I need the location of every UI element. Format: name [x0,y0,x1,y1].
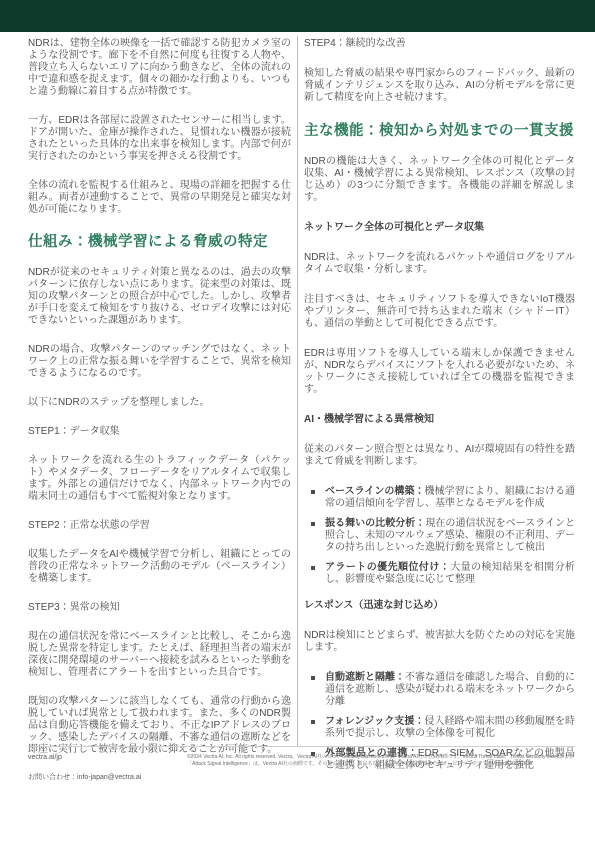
behavior-learning-paragraph: NDRの場合、攻撃パターンのマッチングではなく、ネットワーク上の正常な振る舞いを… [28,344,291,380]
visibility-paragraph-3: EDRは専用ソフトを導入している端末しか保護できませんが、NDRならデバイスにソ… [304,348,575,396]
subheading-ai-detection: AI・機械学習による異常検知 [304,414,575,426]
bullet-term: 振る舞いの比較分析： [325,518,425,529]
combined-monitoring-paragraph: 全体の流れを監視する仕組みと、現場の詳細を把握する仕組み。両者が連動することで、… [28,180,291,216]
visibility-paragraph-2: 注目すべきは、セキュリティソフトを導入できないIoT機器やプリンター、無許可で持… [304,294,575,330]
bullet-square-icon [311,720,315,724]
right-column: STEP4：継続的な改善 検知した脅威の結果や専門家からのフィードバック、最新の… [304,38,575,786]
visibility-paragraph-1: NDRは、ネットワークを流れるパケットや通信ログをリアルタイムで収集・分析します… [304,252,575,276]
document-page: { "theme": { "topbar_color": "#0d3a2b", … [0,0,595,842]
step3-label: STEP3：異常の検知 [28,602,291,614]
ai-detection-paragraph: 従来のパターン照合型とは異なり、AIが環境固有の特性を踏まえて脅威を判断します。 [304,444,575,468]
step1-paragraph: ネットワークを流れる生のトラフィックデータ（パケット）やメタデータ、フローデータ… [28,455,291,503]
bullet-text: ベースラインの構築：機械学習により、組織における通常の通信傾向を学習し、基準とな… [325,486,575,510]
site-url-link[interactable]: vectra.ai/jp [28,754,141,761]
step3-paragraph: 現在の通信状況を常にベースラインと比較し、そこから逸脱した異常を特定します。たと… [28,631,291,679]
bullet-text: 振る舞いの比較分析：現在の通信状況をベースラインと照合し、未知のマルウェア感染、… [325,518,575,554]
top-brand-bar [0,0,595,32]
bullet-text: フォレンジック支援：侵入経路や端末間の移動履歴を時系列で提示し、攻撃の全体像を可… [325,716,575,740]
legacy-limits-paragraph: NDRが従来のセキュリティ対策と異なるのは、過去の攻撃パターンに依存しない点にあ… [28,267,291,327]
subheading-visibility: ネットワーク全体の可視化とデータ収集 [304,222,575,234]
bullet-square-icon [311,490,315,494]
bullet-square-icon [311,676,315,680]
edr-sensor-paragraph: 一方、EDRは各部屋に設置されたセンサーに相当します。ドアが開いた、金庫が操作さ… [28,115,291,163]
step4-paragraph: 検知した脅威の結果や専門家からのフィードバック、最新の脅威インテリジェンスを取り… [304,68,575,104]
bullet-item-alert-priority: アラートの優先順位付け：大量の検知結果を相関分析し、影響度や緊急度に応じて整理 [304,562,575,586]
bullet-item-baseline: ベースラインの構築：機械学習により、組織における通常の通信傾向を学習し、基準とな… [304,486,575,510]
step2-paragraph: 収集したデータをAIや機械学習で分析し、組織にとっての普段の正常なネットワーク活… [28,549,291,585]
legal-text: ©2024 Vectra AI, Inc. All rights reserve… [187,754,580,767]
ai-detection-bullet-list: ベースラインの構築：機械学習により、組織における通常の通信傾向を学習し、基準とな… [304,486,575,586]
bullet-term: アラートの優先順位付け： [325,562,450,573]
steps-intro-line: 以下にNDRのステップを整理しました。 [28,397,291,409]
subheading-response: レスポンス（迅速な封じ込め） [304,600,575,612]
bullet-item-auto-block: 自動遮断と隔離：不審な通信を確認した場合、自動的に通信を遮断し、感染が疑われる端… [304,672,575,708]
section-heading-features: 主な機能：検知から対処までの一貫支援 [304,122,575,141]
bullet-text: 自動遮断と隔離：不審な通信を確認した場合、自動的に通信を遮断し、感染が疑われる端… [325,672,575,708]
left-column: NDRは、建物全体の映像を一括で確認する防犯カメラ室のような役割です。廊下を不自… [28,38,291,773]
auto-response-paragraph: 既知の攻撃パターンに該当しなくても、通常の行動から逸脱していれば異常として扱われ… [28,696,291,756]
bullet-square-icon [311,522,315,526]
section-heading-mechanism: 仕組み：機械学習による脅威の特定 [28,233,291,252]
step4-label: STEP4：継続的な改善 [304,38,575,50]
bullet-item-forensics: フォレンジック支援：侵入経路や端末間の移動履歴を時系列で提示し、攻撃の全体像を可… [304,716,575,740]
contact-email-link[interactable]: お問い合わせ：info-japan@vectra.ai [28,772,141,782]
response-paragraph: NDRは検知にとどまらず、被害拡大を防ぐための対応を実施します。 [304,630,575,654]
bullet-term: 自動遮断と隔離： [325,672,405,683]
footer-divider [28,746,575,747]
features-overview-paragraph: NDRの機能は大きく、ネットワーク全体の可視化とデータ収集、AI・機械学習による… [304,156,575,204]
bullet-item-behavior-compare: 振る舞いの比較分析：現在の通信状況をベースラインと照合し、未知のマルウェア感染、… [304,518,575,554]
step1-label: STEP1：データ収集 [28,426,291,438]
bullet-term: ベースラインの構築： [325,486,425,497]
bullet-text: アラートの優先順位付け：大量の検知結果を相関分析し、影響度や緊急度に応じて整理 [325,562,575,586]
step2-label: STEP2：正常な状態の学習 [28,520,291,532]
bullet-term: フォレンジック支援： [325,716,424,727]
footer-contact-block: vectra.ai/jp お問い合わせ：info-japan@vectra.ai [28,754,141,793]
bullet-square-icon [311,566,315,570]
ndr-camera-paragraph: NDRは、建物全体の映像を一括で確認する防犯カメラ室のような役割です。廊下を不自… [28,38,291,98]
column-divider [297,36,298,746]
